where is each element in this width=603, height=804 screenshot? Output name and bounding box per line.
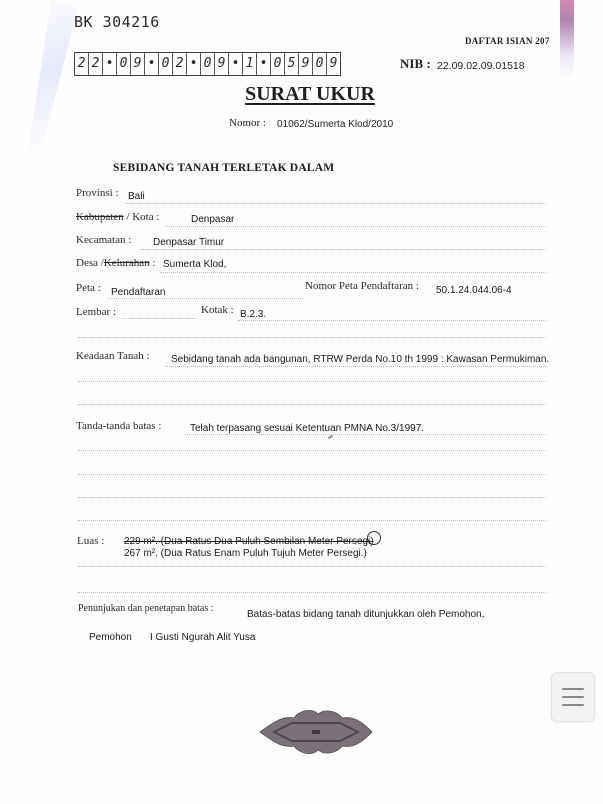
nib-value: 22.09.02.09.01518: [437, 60, 525, 72]
provinsi-value: Bali: [128, 191, 145, 202]
dotted-line: [165, 366, 546, 367]
keadaan-tanah-label: Keadaan Tanah :: [76, 350, 150, 362]
parcel-id-digit: 0: [271, 53, 285, 75]
lembar-label: Lembar :: [76, 306, 116, 318]
dotted-line: [78, 381, 546, 382]
keadaan-tanah-value: Sebidang tanah ada bangunan, RTRW Perda …: [171, 354, 549, 365]
luas-label: Luas :: [77, 535, 104, 547]
pen-mark: [328, 435, 333, 440]
kabupaten-label: Kabupaten / Kota :: [76, 211, 159, 223]
document-title: SURAT UKUR: [0, 83, 603, 106]
section-title: SEBIDANG TANAH TERLETAK DALAM: [113, 162, 334, 174]
correction-initial-mark: [367, 531, 381, 545]
dotted-line: [78, 337, 546, 338]
kecamatan-label: Kecamatan :: [76, 234, 131, 246]
pemohon-label: Pemohon: [89, 632, 132, 643]
nomor-peta-value: 50.1.24.044.06-4: [436, 285, 512, 296]
document-menu-button[interactable]: [551, 672, 595, 722]
parcel-id-digit: 0: [201, 53, 215, 75]
parcel-id-digit: 9: [299, 53, 313, 75]
nomor-peta-label: Nomor Peta Pendaftaran :: [305, 280, 419, 292]
parcel-id-digit: 2: [173, 53, 187, 75]
dotted-line: [165, 226, 546, 227]
dotted-line: [78, 474, 546, 475]
dotted-line: [160, 272, 546, 273]
pemohon-value: I Gusti Ngurah Alit Yusa: [150, 632, 255, 643]
kotak-label: Kotak :: [201, 304, 234, 316]
tanda-batas-label: Tanda-tanda batas :: [76, 420, 161, 432]
photo-glare-finger: [560, 0, 574, 80]
parcel-id-digit: 0: [313, 53, 327, 75]
kabupaten-value: Denpasar: [191, 214, 234, 225]
dotted-line: [122, 318, 197, 319]
parcel-id-digit: 2: [75, 53, 89, 75]
parcel-id-digit: 5: [285, 53, 299, 75]
provinsi-label: Provinsi :: [76, 187, 119, 199]
penunjukan-label: Penunjukan dan penetapan batas :: [78, 603, 214, 614]
parcel-id-digit: 0: [159, 53, 173, 75]
peta-label: Peta :: [76, 282, 101, 294]
parcel-id-digit: 2: [89, 53, 103, 75]
parcel-id-digit: 9: [215, 53, 229, 75]
penunjukan-value: Batas-batas bidang tanah ditunjukkan ole…: [247, 609, 484, 620]
parcel-id-digit: •: [257, 53, 271, 75]
parcel-id-digit: 0: [117, 53, 131, 75]
book-number: BK 304216: [74, 13, 160, 31]
parcel-id-boxes: 22•09•02•09•1•05909: [74, 52, 341, 76]
dotted-line: [238, 320, 546, 321]
dotted-line: [185, 434, 546, 435]
dotted-line: [78, 497, 546, 498]
nomor-label: Nomor :: [229, 117, 266, 129]
dotted-line: [78, 450, 546, 451]
peta-value: Pendaftaran: [111, 287, 166, 298]
parcel-id-digit: •: [145, 53, 159, 75]
dotted-line: [108, 298, 303, 299]
form-code: DAFTAR ISIAN 207: [465, 36, 550, 46]
dotted-line: [140, 249, 546, 250]
photo-glare: [18, 0, 78, 160]
parcel-id-digit: •: [187, 53, 201, 75]
nib-label: NIB :: [400, 56, 431, 72]
parcel-id-digit: 9: [131, 53, 145, 75]
ornamental-seal-icon: [256, 708, 376, 756]
parcel-id-digit: 1: [243, 53, 257, 75]
dotted-line: [78, 566, 546, 567]
dotted-line: [78, 404, 546, 405]
kecamatan-value: Denpasar Timur: [153, 237, 224, 248]
hamburger-menu-icon: [562, 688, 584, 690]
desa-label: Desa /Kelurahan :: [76, 257, 155, 269]
luas-old-value: 229 m². (Dua Ratus Dua Puluh Sembilan Me…: [124, 536, 374, 547]
parcel-id-digit: •: [229, 53, 243, 75]
parcel-id-digit: •: [103, 53, 117, 75]
nomor-value: 01062/Sumerta Klod/2010: [277, 119, 393, 130]
luas-value: 267 m². (Dua Ratus Enam Puluh Tujuh Mete…: [124, 548, 367, 559]
tanda-batas-value: Telah terpasang sesuai Ketentuan PMNA No…: [190, 423, 424, 434]
dotted-line: [78, 520, 546, 521]
desa-value: Sumerta Klod,: [163, 259, 226, 270]
dotted-line: [78, 592, 546, 593]
parcel-id-digit: 9: [327, 53, 340, 75]
dotted-line: [125, 203, 546, 204]
kotak-value: B.2.3.: [240, 309, 266, 320]
